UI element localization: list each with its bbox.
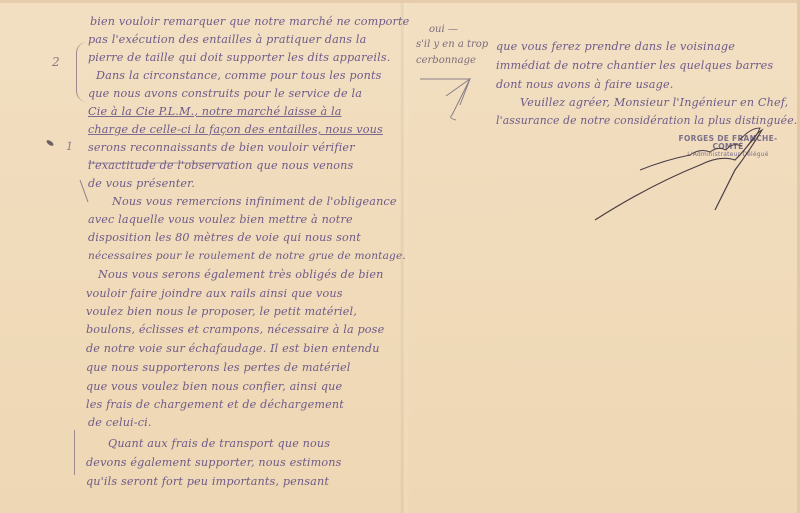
text-line: de vous présenter.: [88, 177, 195, 190]
text-line: de celui-ci.: [88, 416, 152, 429]
margin-bracket-bottom: [74, 430, 81, 475]
text-line: pas l'exécution des entailles à pratique…: [88, 33, 366, 46]
text-line-underlined: charge de celle-ci la façon des entaille…: [88, 123, 383, 136]
text-line: Quant aux frais de transport que nous: [108, 437, 330, 450]
text-line: nécessaires pour le roulement de notre g…: [88, 250, 406, 262]
text-line: bien vouloir remarquer que notre marché …: [90, 15, 409, 28]
text-line: Veuillez agréer, Monsieur l'Ingénieur en…: [520, 96, 788, 109]
margin-mark-1: 1: [66, 140, 73, 153]
text-line: que nous avons construits pour le servic…: [88, 87, 362, 100]
text-line: Nous vous serons également très obligés …: [98, 268, 384, 281]
text-line: l'exactitude de l'observation que nous v…: [88, 159, 353, 172]
stamp-title: L'Administrateur Délégué: [673, 152, 783, 159]
text-line: Dans la circonstance, comme pour tous le…: [96, 69, 381, 82]
text-line-underlined: Cie à la Cie P.L.M., notre marché laisse…: [88, 105, 342, 118]
stamp-company-name: FORGES DE FRANCHE-COMTÉ: [673, 135, 783, 152]
margin-note-line1: oui —: [429, 24, 458, 35]
text-line: les frais de chargement et de déchargeme…: [86, 398, 344, 411]
text-line: l'assurance de notre considération la pl…: [496, 114, 797, 127]
margin-note-line3: cerbonnage: [416, 55, 476, 66]
text-line: boulons, éclisses et crampons, nécessair…: [86, 323, 384, 336]
text-line: devons également supporter, nous estimon…: [86, 456, 342, 469]
margin-mark-2: 2: [52, 55, 60, 69]
text-line: immédiat de notre chantier les quelques …: [496, 59, 773, 72]
text-line: de notre voie sur échafaudage. Il est bi…: [86, 342, 380, 355]
text-line: Nous vous remercions infiniment de l'obl…: [112, 195, 397, 208]
text-line: voulez bien nous le proposer, le petit m…: [86, 305, 357, 318]
text-line: que vous voulez bien nous confier, ainsi…: [86, 380, 342, 393]
margin-bracket-top: [76, 42, 87, 102]
left-page: 2 1 bien vouloir remarquer que notre mar…: [0, 0, 402, 513]
right-page: oui — s'il y en a trop cerbonnage que vo…: [404, 0, 800, 513]
text-line: avec laquelle vous voulez bien mettre à …: [88, 213, 353, 226]
text-line: vouloir faire joindre aux rails ainsi qu…: [86, 287, 343, 300]
text-line: que vous ferez prendre dans le voisinage: [496, 40, 735, 53]
text-line: dont nous avons à faire usage.: [496, 78, 673, 91]
text-line: qu'ils seront fort peu importants, pensa…: [86, 475, 329, 488]
letter-sheet: 2 1 bien vouloir remarquer que notre mar…: [0, 0, 800, 513]
text-line: disposition les 80 mètres de voie qui no…: [88, 231, 361, 244]
margin-note-line2: s'il y en a trop: [416, 39, 488, 50]
text-line: pierre de taille qui doit supporter les …: [88, 51, 390, 64]
text-line: que nous supporterons les pertes de maté…: [86, 361, 351, 374]
text-line: serons reconnaissants de bien vouloir vé…: [88, 141, 355, 154]
company-stamp: FORGES DE FRANCHE-COMTÉ L'Administrateur…: [673, 135, 783, 158]
